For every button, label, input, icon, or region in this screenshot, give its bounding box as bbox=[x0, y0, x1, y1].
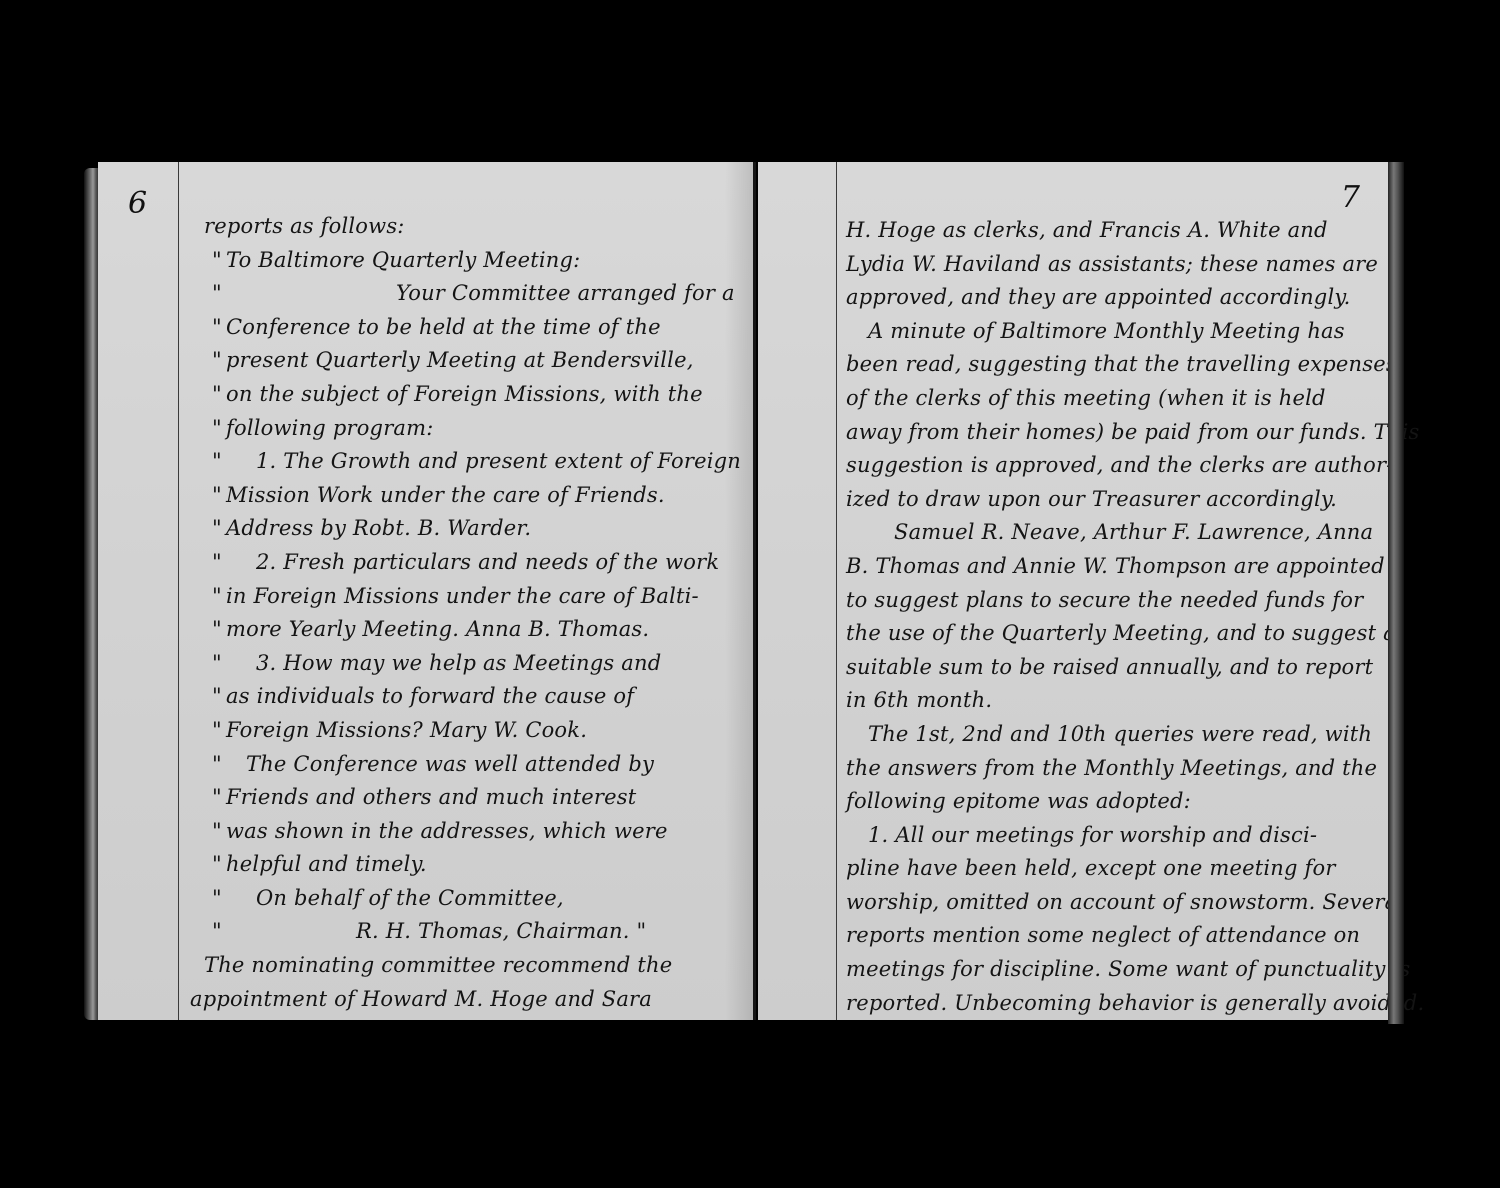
text-line: "R. H. Thomas, Chairman. " bbox=[190, 915, 746, 949]
text-line: "Conference to be held at the time of th… bbox=[190, 311, 746, 345]
text-line: The nominating committee recommend the bbox=[190, 949, 746, 983]
text-line: "The Conference was well attended by bbox=[190, 748, 746, 782]
text-line: in 6th month. bbox=[846, 684, 1374, 718]
text-line: pline have been held, except one meeting… bbox=[846, 852, 1374, 886]
text-line: The 1st, 2nd and 10th queries were read,… bbox=[846, 718, 1374, 752]
open-book: 6 reports as follows: "To Baltimore Quar… bbox=[84, 160, 1424, 1022]
text-line: reported. Unbecoming behavior is general… bbox=[846, 987, 1374, 1021]
text-line: "Foreign Missions? Mary W. Cook. bbox=[190, 714, 746, 748]
text-line: Lydia W. Haviland as assistants; these n… bbox=[846, 248, 1374, 282]
text-line: "helpful and timely. bbox=[190, 848, 746, 882]
text-line: following epitome was adopted: bbox=[846, 785, 1374, 819]
text-line: "1. The Growth and present extent of For… bbox=[190, 445, 746, 479]
text-line: "Mission Work under the care of Friends. bbox=[190, 479, 746, 513]
text-line: meetings for discipline. Some want of pu… bbox=[846, 953, 1374, 987]
text-line: been read, suggesting that the travellin… bbox=[846, 348, 1374, 382]
text-line: reports as follows: bbox=[190, 210, 746, 244]
left-page: 6 reports as follows: "To Baltimore Quar… bbox=[98, 162, 756, 1020]
text-line: of the clerks of this meeting (when it i… bbox=[846, 382, 1374, 416]
text-line: "following program: bbox=[190, 412, 746, 446]
text-line: "was shown in the addresses, which were bbox=[190, 815, 746, 849]
right-page: 7 H. Hoge as clerks, and Francis A. Whit… bbox=[758, 162, 1388, 1020]
text-line: "Your Committee arranged for a bbox=[190, 277, 746, 311]
text-line: ized to draw upon our Treasurer accordin… bbox=[846, 483, 1374, 517]
text-line: "2. Fresh particulars and needs of the w… bbox=[190, 546, 746, 580]
text-line: worship, omitted on account of snowstorm… bbox=[846, 886, 1374, 920]
text-line: "Friends and others and much interest bbox=[190, 781, 746, 815]
text-line: "as individuals to forward the cause of bbox=[190, 680, 746, 714]
text-line: to suggest plans to secure the needed fu… bbox=[846, 584, 1374, 618]
text-line: "in Foreign Missions under the care of B… bbox=[190, 580, 746, 614]
text-line: H. Hoge as clerks, and Francis A. White … bbox=[846, 214, 1374, 248]
left-page-text: reports as follows: "To Baltimore Quarte… bbox=[190, 210, 746, 1016]
text-line: "on the subject of Foreign Missions, wit… bbox=[190, 378, 746, 412]
text-line: the answers from the Monthly Meetings, a… bbox=[846, 752, 1374, 786]
page-number-left: 6 bbox=[128, 186, 147, 221]
text-line: "On behalf of the Committee, bbox=[190, 882, 746, 916]
text-line: "3. How may we help as Meetings and bbox=[190, 647, 746, 681]
text-line: "present Quarterly Meeting at Bendersvil… bbox=[190, 344, 746, 378]
page-number-right: 7 bbox=[1341, 180, 1360, 215]
text-line: 1. All our meetings for worship and disc… bbox=[846, 819, 1374, 853]
text-line: suggestion is approved, and the clerks a… bbox=[846, 449, 1374, 483]
text-line: reports mention some neglect of attendan… bbox=[846, 919, 1374, 953]
text-line: appointment of Howard M. Hoge and Sara bbox=[190, 983, 746, 1017]
margin-rule-left bbox=[178, 162, 179, 1020]
book-edge-right bbox=[1388, 162, 1404, 1024]
text-line: "To Baltimore Quarterly Meeting: bbox=[190, 244, 746, 278]
text-line: away from their homes) be paid from our … bbox=[846, 416, 1374, 450]
text-line: "Address by Robt. B. Warder. bbox=[190, 512, 746, 546]
text-line: the use of the Quarterly Meeting, and to… bbox=[846, 617, 1374, 651]
text-line: A minute of Baltimore Monthly Meeting ha… bbox=[846, 315, 1374, 349]
margin-rule-right bbox=[836, 162, 837, 1020]
text-line: "more Yearly Meeting. Anna B. Thomas. bbox=[190, 613, 746, 647]
text-line: Samuel R. Neave, Arthur F. Lawrence, Ann… bbox=[846, 516, 1374, 550]
text-line: approved, and they are appointed accordi… bbox=[846, 281, 1374, 315]
right-page-text: H. Hoge as clerks, and Francis A. White … bbox=[846, 214, 1374, 1020]
text-line: B. Thomas and Annie W. Thompson are appo… bbox=[846, 550, 1374, 584]
text-line: suitable sum to be raised annually, and … bbox=[846, 651, 1374, 685]
